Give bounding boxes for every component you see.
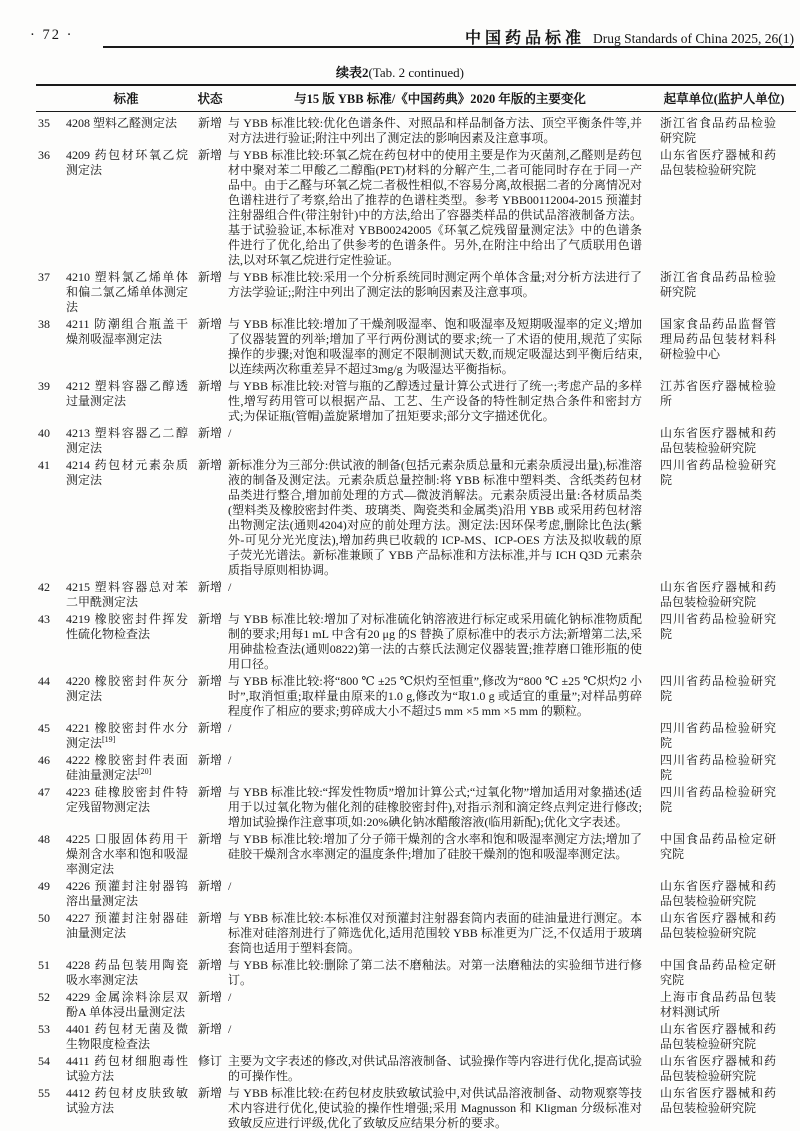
row-number-cell: 47 <box>36 784 60 831</box>
drafting-unit-cell: 上海市食品药品包装材料测试所 <box>652 989 796 1021</box>
status-cell: 新增 <box>192 720 228 752</box>
standard-name-cell: 4223 硅橡胶密封件特定残留物测定法 <box>60 784 192 831</box>
drafting-unit-cell: 山东省医疗器械和药品包装检验研究院 <box>652 579 796 611</box>
table-row: 364209 药包材环氧乙烷测定法新增与 YBB 标准比较:环氧乙烷在药包材中的… <box>36 147 796 269</box>
status-cell: 新增 <box>192 579 228 611</box>
standard-name: 4212 塑料容器乙醇透过量测定法 <box>66 379 188 408</box>
changes-cell: 主要为文字表述的修改,对供试品溶液制备、试验操作等内容进行优化,提高试验的可操作… <box>228 1053 652 1085</box>
standard-name-cell: 4412 药包材皮肤致敏试验方法 <box>60 1085 192 1131</box>
table-row: 494226 预灌封注射器钨溶出量测定法新增/山东省医疗器械和药品包装检验研究院 <box>36 878 796 910</box>
status-cell: 新增 <box>192 112 228 148</box>
changes-cell: / <box>228 720 652 752</box>
status-cell: 新增 <box>192 673 228 720</box>
column-header-unit: 起草单位(监护人单位) <box>652 85 796 112</box>
drafting-unit-cell: 山东省医疗器械和药品包装检验研究院 <box>652 878 796 910</box>
journal-title-en: Drug Standards of China 2025, 26(1) <box>593 31 794 46</box>
status-cell: 新增 <box>192 784 228 831</box>
standard-name: 4210 塑料氯乙烯单体和偏二氯乙烯单体测定法 <box>66 270 188 314</box>
standards-table-wrap: 标准 状态 与15 版 YBB 标准/《中国药典》2020 年版的主要变化 起草… <box>36 84 796 1131</box>
drafting-unit-cell: 浙江省食品药品检验研究院 <box>652 112 796 148</box>
changes-cell: 与 YBB 标准比较:本标准仅对预灌封注射器套筒内表面的硅油量进行测定。本标准对… <box>228 910 652 957</box>
running-head: 中国药品标准 Drug Standards of China 2025, 26(… <box>465 25 794 48</box>
table-row: 544411 药包材细胞毒性试验方法修订主要为文字表述的修改,对供试品溶液制备、… <box>36 1053 796 1085</box>
table-body: 354208 塑料乙醛测定法新增与 YBB 标准比较:优化色谱条件、对照品和样品… <box>36 112 796 1131</box>
status-cell: 新增 <box>192 957 228 989</box>
row-number-cell: 44 <box>36 673 60 720</box>
reference-superscript: [20] <box>138 767 151 776</box>
status-cell: 新增 <box>192 316 228 378</box>
standard-name: 4219 橡胶密封件挥发性硫化物检查法 <box>66 612 188 641</box>
status-cell: 新增 <box>192 457 228 579</box>
changes-cell: 与 YBB 标准比较:在药包材皮肤致敏试验中,对供试品溶液制备、动物观察等技术内… <box>228 1085 652 1131</box>
standard-name-cell: 4221 橡胶密封件水分测定法[19] <box>60 720 192 752</box>
standard-name-cell: 4227 预灌封注射器硅油量测定法 <box>60 910 192 957</box>
status-cell: 新增 <box>192 752 228 784</box>
standard-name-cell: 4229 金属涂料涂层双酚A 单体浸出量测定法 <box>60 989 192 1021</box>
changes-cell: 与 YBB 标准比较:增加了干燥剂吸湿率、饱和吸湿率及短期吸湿率的定义;增加了仪… <box>228 316 652 378</box>
status-cell: 新增 <box>192 1085 228 1131</box>
standard-name-cell: 4222 橡胶密封件表面硅油量测定法[20] <box>60 752 192 784</box>
standard-name: 4226 预灌封注射器钨溶出量测定法 <box>66 879 188 908</box>
journal-title-cn: 中国药品标准 <box>465 30 585 47</box>
status-cell: 新增 <box>192 611 228 673</box>
drafting-unit-cell: 国家食品药品监督管理局药品包装材料科研检验中心 <box>652 316 796 378</box>
standard-name-cell: 4226 预灌封注射器钨溶出量测定法 <box>60 878 192 910</box>
table-header-row: 标准 状态 与15 版 YBB 标准/《中国药典》2020 年版的主要变化 起草… <box>36 85 796 112</box>
standard-name: 4412 药包材皮肤致敏试验方法 <box>66 1086 188 1115</box>
changes-cell: 新标准分为三部分:供试液的制备(包括元素杂质总量和元素杂质浸出量),标准溶液的制… <box>228 457 652 579</box>
drafting-unit-cell: 中国食品药品检定研究院 <box>652 831 796 878</box>
drafting-unit-cell: 四川省药品检验研究院 <box>652 752 796 784</box>
table-row: 384211 防潮组合瓶盖干燥剂吸湿率测定法新增与 YBB 标准比较:增加了干燥… <box>36 316 796 378</box>
header-rule <box>103 46 794 48</box>
table-row: 514228 药品包装用陶瓷吸水率测定法新增与 YBB 标准比较:删除了第二法不… <box>36 957 796 989</box>
table-header: 标准 状态 与15 版 YBB 标准/《中国药典》2020 年版的主要变化 起草… <box>36 85 796 112</box>
standard-name-cell: 4208 塑料乙醛测定法 <box>60 112 192 148</box>
table-row: 414214 药包材元素杂质测定法新增新标准分为三部分:供试液的制备(包括元素杂… <box>36 457 796 579</box>
standards-table: 标准 状态 与15 版 YBB 标准/《中国药典》2020 年版的主要变化 起草… <box>36 84 796 1131</box>
drafting-unit-cell: 山东省医疗器械和药品包装检验研究院 <box>652 1021 796 1053</box>
standard-name-cell: 4219 橡胶密封件挥发性硫化物检查法 <box>60 611 192 673</box>
drafting-unit-cell: 四川省药品检验研究院 <box>652 611 796 673</box>
row-number-cell: 42 <box>36 579 60 611</box>
drafting-unit-cell: 山东省医疗器械和药品包装检验研究院 <box>652 910 796 957</box>
column-header-status: 状态 <box>192 85 228 112</box>
reference-superscript: [19] <box>102 735 115 744</box>
standard-name: 4220 橡胶密封件灰分测定法 <box>66 674 188 703</box>
row-number-cell: 53 <box>36 1021 60 1053</box>
table-row: 464222 橡胶密封件表面硅油量测定法[20]新增/四川省药品检验研究院 <box>36 752 796 784</box>
changes-cell: / <box>228 989 652 1021</box>
table-row: 424215 塑料容器总对苯二甲酰测定法新增/山东省医疗器械和药品包装检验研究院 <box>36 579 796 611</box>
table-row: 474223 硅橡胶密封件特定残留物测定法新增与 YBB 标准比较:“挥发性物质… <box>36 784 796 831</box>
standard-name-cell: 4215 塑料容器总对苯二甲酰测定法 <box>60 579 192 611</box>
row-number-cell: 41 <box>36 457 60 579</box>
column-header-changes: 与15 版 YBB 标准/《中国药典》2020 年版的主要变化 <box>228 85 652 112</box>
changes-cell: 与 YBB 标准比较:将“800 ℃ ±25 ℃炽灼至恒重”,修改为“800 ℃… <box>228 673 652 720</box>
table-row: 374210 塑料氯乙烯单体和偏二氯乙烯单体测定法新增与 YBB 标准比较:采用… <box>36 269 796 316</box>
drafting-unit-cell: 四川省药品检验研究院 <box>652 457 796 579</box>
standard-name: 4225 口服固体药用干燥剂含水率和饱和吸湿率测定法 <box>66 832 188 876</box>
row-number-cell: 55 <box>36 1085 60 1131</box>
standard-name-cell: 4401 药包材无菌及微生物限度检查法 <box>60 1021 192 1053</box>
drafting-unit-cell: 四川省药品检验研究院 <box>652 720 796 752</box>
changes-cell: 与 YBB 标准比较:增加了对标准硫化钠溶液进行标定或采用硫化钠标准物质配制的要… <box>228 611 652 673</box>
standard-name-cell: 4411 药包材细胞毒性试验方法 <box>60 1053 192 1085</box>
changes-cell: / <box>228 1021 652 1053</box>
drafting-unit-cell: 山东省医疗器械和药品包装检验研究院 <box>652 1085 796 1131</box>
row-number-cell: 39 <box>36 378 60 425</box>
row-number-cell: 54 <box>36 1053 60 1085</box>
changes-cell: / <box>228 752 652 784</box>
drafting-unit-cell: 四川省药品检验研究院 <box>652 673 796 720</box>
standard-name: 4227 预灌封注射器硅油量测定法 <box>66 911 188 940</box>
standard-name-cell: 4213 塑料容器乙二醇测定法 <box>60 425 192 457</box>
drafting-unit-cell: 四川省药品检验研究院 <box>652 784 796 831</box>
row-number-cell: 40 <box>36 425 60 457</box>
standard-name-cell: 4210 塑料氯乙烯单体和偏二氯乙烯单体测定法 <box>60 269 192 316</box>
status-cell: 新增 <box>192 831 228 878</box>
drafting-unit-cell: 浙江省食品药品检验研究院 <box>652 269 796 316</box>
drafting-unit-cell: 江苏省医疗器械检验所 <box>652 378 796 425</box>
status-cell: 新增 <box>192 147 228 269</box>
standard-name: 4211 防潮组合瓶盖干燥剂吸湿率测定法 <box>66 317 188 346</box>
status-cell: 新增 <box>192 269 228 316</box>
table-caption: 续表2(Tab. 2 continued) <box>0 62 800 81</box>
row-number-cell: 50 <box>36 910 60 957</box>
row-number-cell: 49 <box>36 878 60 910</box>
standard-name-cell: 4214 药包材元素杂质测定法 <box>60 457 192 579</box>
standard-name-cell: 4211 防潮组合瓶盖干燥剂吸湿率测定法 <box>60 316 192 378</box>
standard-name: 4213 塑料容器乙二醇测定法 <box>66 426 188 455</box>
standard-name: 4215 塑料容器总对苯二甲酰测定法 <box>66 580 188 609</box>
standard-name: 4221 橡胶密封件水分测定法 <box>66 721 188 750</box>
changes-cell: 与 YBB 标准比较:增加了分子筛干燥剂的含水率和饱和吸湿率测定方法;增加了硅胶… <box>228 831 652 878</box>
row-number-cell: 43 <box>36 611 60 673</box>
table-row: 394212 塑料容器乙醇透过量测定法新增与 YBB 标准比较:对管与瓶的乙醇透… <box>36 378 796 425</box>
drafting-unit-cell: 山东省医疗器械和药品包装检验研究院 <box>652 425 796 457</box>
row-number-cell: 38 <box>36 316 60 378</box>
table-row: 554412 药包材皮肤致敏试验方法新增与 YBB 标准比较:在药包材皮肤致敏试… <box>36 1085 796 1131</box>
table-row: 354208 塑料乙醛测定法新增与 YBB 标准比较:优化色谱条件、对照品和样品… <box>36 112 796 148</box>
standard-name-cell: 4212 塑料容器乙醇透过量测定法 <box>60 378 192 425</box>
standard-name: 4209 药包材环氧乙烷测定法 <box>66 148 188 177</box>
column-header-standard: 标准 <box>60 85 192 112</box>
table-row: 444220 橡胶密封件灰分测定法新增与 YBB 标准比较:将“800 ℃ ±2… <box>36 673 796 720</box>
status-cell: 新增 <box>192 878 228 910</box>
column-header-number <box>36 85 60 112</box>
row-number-cell: 48 <box>36 831 60 878</box>
row-number-cell: 35 <box>36 112 60 148</box>
drafting-unit-cell: 中国食品药品检定研究院 <box>652 957 796 989</box>
standard-name: 4214 药包材元素杂质测定法 <box>66 458 188 487</box>
standard-name: 4228 药品包装用陶瓷吸水率测定法 <box>66 958 188 987</box>
standard-name: 4411 药包材细胞毒性试验方法 <box>66 1054 188 1083</box>
standard-name: 4208 塑料乙醛测定法 <box>66 116 177 130</box>
table-row: 454221 橡胶密封件水分测定法[19]新增/四川省药品检验研究院 <box>36 720 796 752</box>
changes-cell: 与 YBB 标准比较:对管与瓶的乙醇透过量计算公式进行了统一;考虑产品的多样性,… <box>228 378 652 425</box>
row-number-cell: 36 <box>36 147 60 269</box>
status-cell: 新增 <box>192 910 228 957</box>
standard-name-cell: 4225 口服固体药用干燥剂含水率和饱和吸湿率测定法 <box>60 831 192 878</box>
table-caption-number: 续表2 <box>336 65 369 80</box>
drafting-unit-cell: 山东省医疗器械和药品包装检验研究院 <box>652 1053 796 1085</box>
row-number-cell: 51 <box>36 957 60 989</box>
standard-name-cell: 4228 药品包装用陶瓷吸水率测定法 <box>60 957 192 989</box>
table-row: 434219 橡胶密封件挥发性硫化物检查法新增与 YBB 标准比较:增加了对标准… <box>36 611 796 673</box>
page-number: · 72 · <box>30 27 73 44</box>
row-number-cell: 37 <box>36 269 60 316</box>
changes-cell: 与 YBB 标准比较:采用一个分析系统同时测定两个单体含量;对分析方法进行了方法… <box>228 269 652 316</box>
changes-cell: 与 YBB 标准比较:优化色谱条件、对照品和样品制备方法、顶空平衡条件等,并对方… <box>228 112 652 148</box>
changes-cell: / <box>228 425 652 457</box>
row-number-cell: 45 <box>36 720 60 752</box>
changes-cell: / <box>228 878 652 910</box>
changes-cell: 与 YBB 标准比较:环氧乙烷在药包材中的使用主要是作为灭菌剂,乙醛则是药包材中… <box>228 147 652 269</box>
changes-cell: 与 YBB 标准比较:删除了第二法不磨釉法。对第一法磨釉法的实验细节进行修订。 <box>228 957 652 989</box>
changes-cell: / <box>228 579 652 611</box>
table-row: 534401 药包材无菌及微生物限度检查法新增/山东省医疗器械和药品包装检验研究… <box>36 1021 796 1053</box>
status-cell: 新增 <box>192 1021 228 1053</box>
standard-name: 4222 橡胶密封件表面硅油量测定法 <box>66 753 188 782</box>
standard-name: 4229 金属涂料涂层双酚A 单体浸出量测定法 <box>66 990 188 1019</box>
table-row: 404213 塑料容器乙二醇测定法新增/山东省医疗器械和药品包装检验研究院 <box>36 425 796 457</box>
status-cell: 新增 <box>192 425 228 457</box>
status-cell: 新增 <box>192 989 228 1021</box>
row-number-cell: 52 <box>36 989 60 1021</box>
table-row: 524229 金属涂料涂层双酚A 单体浸出量测定法新增/上海市食品药品包装材料测… <box>36 989 796 1021</box>
table-row: 504227 预灌封注射器硅油量测定法新增与 YBB 标准比较:本标准仅对预灌封… <box>36 910 796 957</box>
table-caption-english: (Tab. 2 continued) <box>369 65 464 80</box>
drafting-unit-cell: 山东省医疗器械和药品包装检验研究院 <box>652 147 796 269</box>
status-cell: 修订 <box>192 1053 228 1085</box>
standard-name: 4223 硅橡胶密封件特定残留物测定法 <box>66 785 188 814</box>
standard-name: 4401 药包材无菌及微生物限度检查法 <box>66 1022 188 1051</box>
journal-page: · 72 · 中国药品标准 Drug Standards of China 20… <box>0 0 800 1131</box>
changes-cell: 与 YBB 标准比较:“挥发性物质”增加计算公式;“过氧化物”增加适用对象描述(… <box>228 784 652 831</box>
table-row: 484225 口服固体药用干燥剂含水率和饱和吸湿率测定法新增与 YBB 标准比较… <box>36 831 796 878</box>
standard-name-cell: 4209 药包材环氧乙烷测定法 <box>60 147 192 269</box>
standard-name-cell: 4220 橡胶密封件灰分测定法 <box>60 673 192 720</box>
status-cell: 新增 <box>192 378 228 425</box>
row-number-cell: 46 <box>36 752 60 784</box>
